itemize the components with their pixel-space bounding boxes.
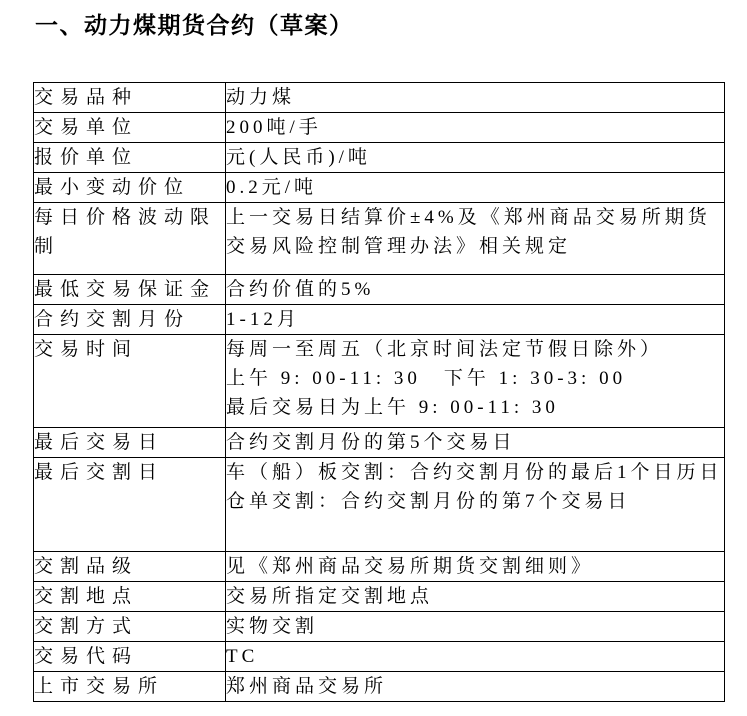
spec-value: 车（船）板交割：合约交割月份的最后1个日历日 仓单交割：合约交割月份的第7个交易…	[226, 458, 725, 552]
table-row: 每日价格波动限制 上一交易日结算价±4%及《郑州商品交易所期货交易风险控制管理办…	[34, 203, 725, 275]
value-line: 合约价值的5%	[226, 275, 724, 304]
contract-spec-table: 交易品种 动力煤 交易单位 200吨/手 报价单位 元(人民币)/吨 最小变动价…	[33, 82, 725, 702]
spec-value: 上一交易日结算价±4%及《郑州商品交易所期货交易风险控制管理办法》相关规定	[226, 203, 725, 275]
spec-label: 交易单位	[34, 113, 226, 143]
table-row: 交割品级 见《郑州商品交易所期货交割细则》	[34, 552, 725, 582]
spec-value: 动力煤	[226, 83, 725, 113]
table-row: 交割方式 实物交割	[34, 612, 725, 642]
spec-label: 交易时间	[34, 335, 226, 428]
value-line: 上午 9: 00-11: 30 下午 1: 30-3: 00	[226, 364, 724, 393]
spec-label: 最低交易保证金	[34, 275, 226, 305]
spec-value: 0.2元/吨	[226, 173, 725, 203]
spec-value: 交易所指定交割地点	[226, 582, 725, 612]
spec-value: 郑州商品交易所	[226, 672, 725, 702]
spec-label: 最后交易日	[34, 428, 226, 458]
value-line: 仓单交割：合约交割月份的第7个交易日	[226, 487, 724, 516]
table-row: 最后交易日 合约交割月份的第5个交易日	[34, 428, 725, 458]
spec-value: 实物交割	[226, 612, 725, 642]
table-row: 最后交割日 车（船）板交割：合约交割月份的最后1个日历日 仓单交割：合约交割月份…	[34, 458, 725, 552]
page-title: 一、动力煤期货合约（草案）	[35, 11, 747, 41]
spec-label: 最小变动价位	[34, 173, 226, 203]
spec-label: 上市交易所	[34, 672, 226, 702]
table-row: 最低交易保证金 合约价值的5%	[34, 275, 725, 305]
document-page: 一、动力煤期货合约（草案） 交易品种 动力煤 交易单位 200吨/手 报价单位 …	[0, 11, 747, 702]
table-row: 交易时间 每周一至周五（北京时间法定节假日除外） 上午 9: 00-11: 30…	[34, 335, 725, 428]
value-line: 上一交易日结算价±4%及《郑州商品交易所期货交易风险控制管理办法》相关规定	[226, 203, 724, 261]
spec-value: 见《郑州商品交易所期货交割细则》	[226, 552, 725, 582]
spec-value: 1-12月	[226, 305, 725, 335]
value-line: TC	[226, 642, 724, 671]
table-row: 交易代码 TC	[34, 642, 725, 672]
spec-label: 交易代码	[34, 642, 226, 672]
value-line: 1-12月	[226, 305, 724, 334]
value-line: 动力煤	[226, 83, 724, 112]
table-row: 最小变动价位 0.2元/吨	[34, 173, 725, 203]
table-row: 交易单位 200吨/手	[34, 113, 725, 143]
value-line: 元(人民币)/吨	[226, 143, 724, 172]
spec-value: 合约交割月份的第5个交易日	[226, 428, 725, 458]
value-line: 200吨/手	[226, 113, 724, 142]
spec-label: 合约交割月份	[34, 305, 226, 335]
spec-label: 交割方式	[34, 612, 226, 642]
spec-value: 每周一至周五（北京时间法定节假日除外） 上午 9: 00-11: 30 下午 1…	[226, 335, 725, 428]
spec-value: 元(人民币)/吨	[226, 143, 725, 173]
value-line: 车（船）板交割：合约交割月份的最后1个日历日	[226, 458, 724, 487]
value-line: 最后交易日为上午 9: 00-11: 30	[226, 393, 724, 422]
value-line: 见《郑州商品交易所期货交割细则》	[226, 552, 724, 581]
spec-value: 合约价值的5%	[226, 275, 725, 305]
value-line: 郑州商品交易所	[226, 672, 724, 701]
spec-value: 200吨/手	[226, 113, 725, 143]
value-line: 交易所指定交割地点	[226, 582, 724, 611]
spec-label: 报价单位	[34, 143, 226, 173]
value-line: 每周一至周五（北京时间法定节假日除外）	[226, 335, 724, 364]
spec-value: TC	[226, 642, 725, 672]
spec-label: 交割地点	[34, 582, 226, 612]
value-line: 0.2元/吨	[226, 173, 724, 202]
table-row: 交易品种 动力煤	[34, 83, 725, 113]
table-row: 合约交割月份 1-12月	[34, 305, 725, 335]
table-row: 上市交易所 郑州商品交易所	[34, 672, 725, 702]
spec-label: 每日价格波动限制	[34, 203, 226, 275]
table-row: 报价单位 元(人民币)/吨	[34, 143, 725, 173]
spec-label: 交割品级	[34, 552, 226, 582]
table-row: 交割地点 交易所指定交割地点	[34, 582, 725, 612]
value-line: 实物交割	[226, 612, 724, 641]
value-line: 合约交割月份的第5个交易日	[226, 428, 724, 457]
spec-label: 交易品种	[34, 83, 226, 113]
spec-label: 最后交割日	[34, 458, 226, 552]
